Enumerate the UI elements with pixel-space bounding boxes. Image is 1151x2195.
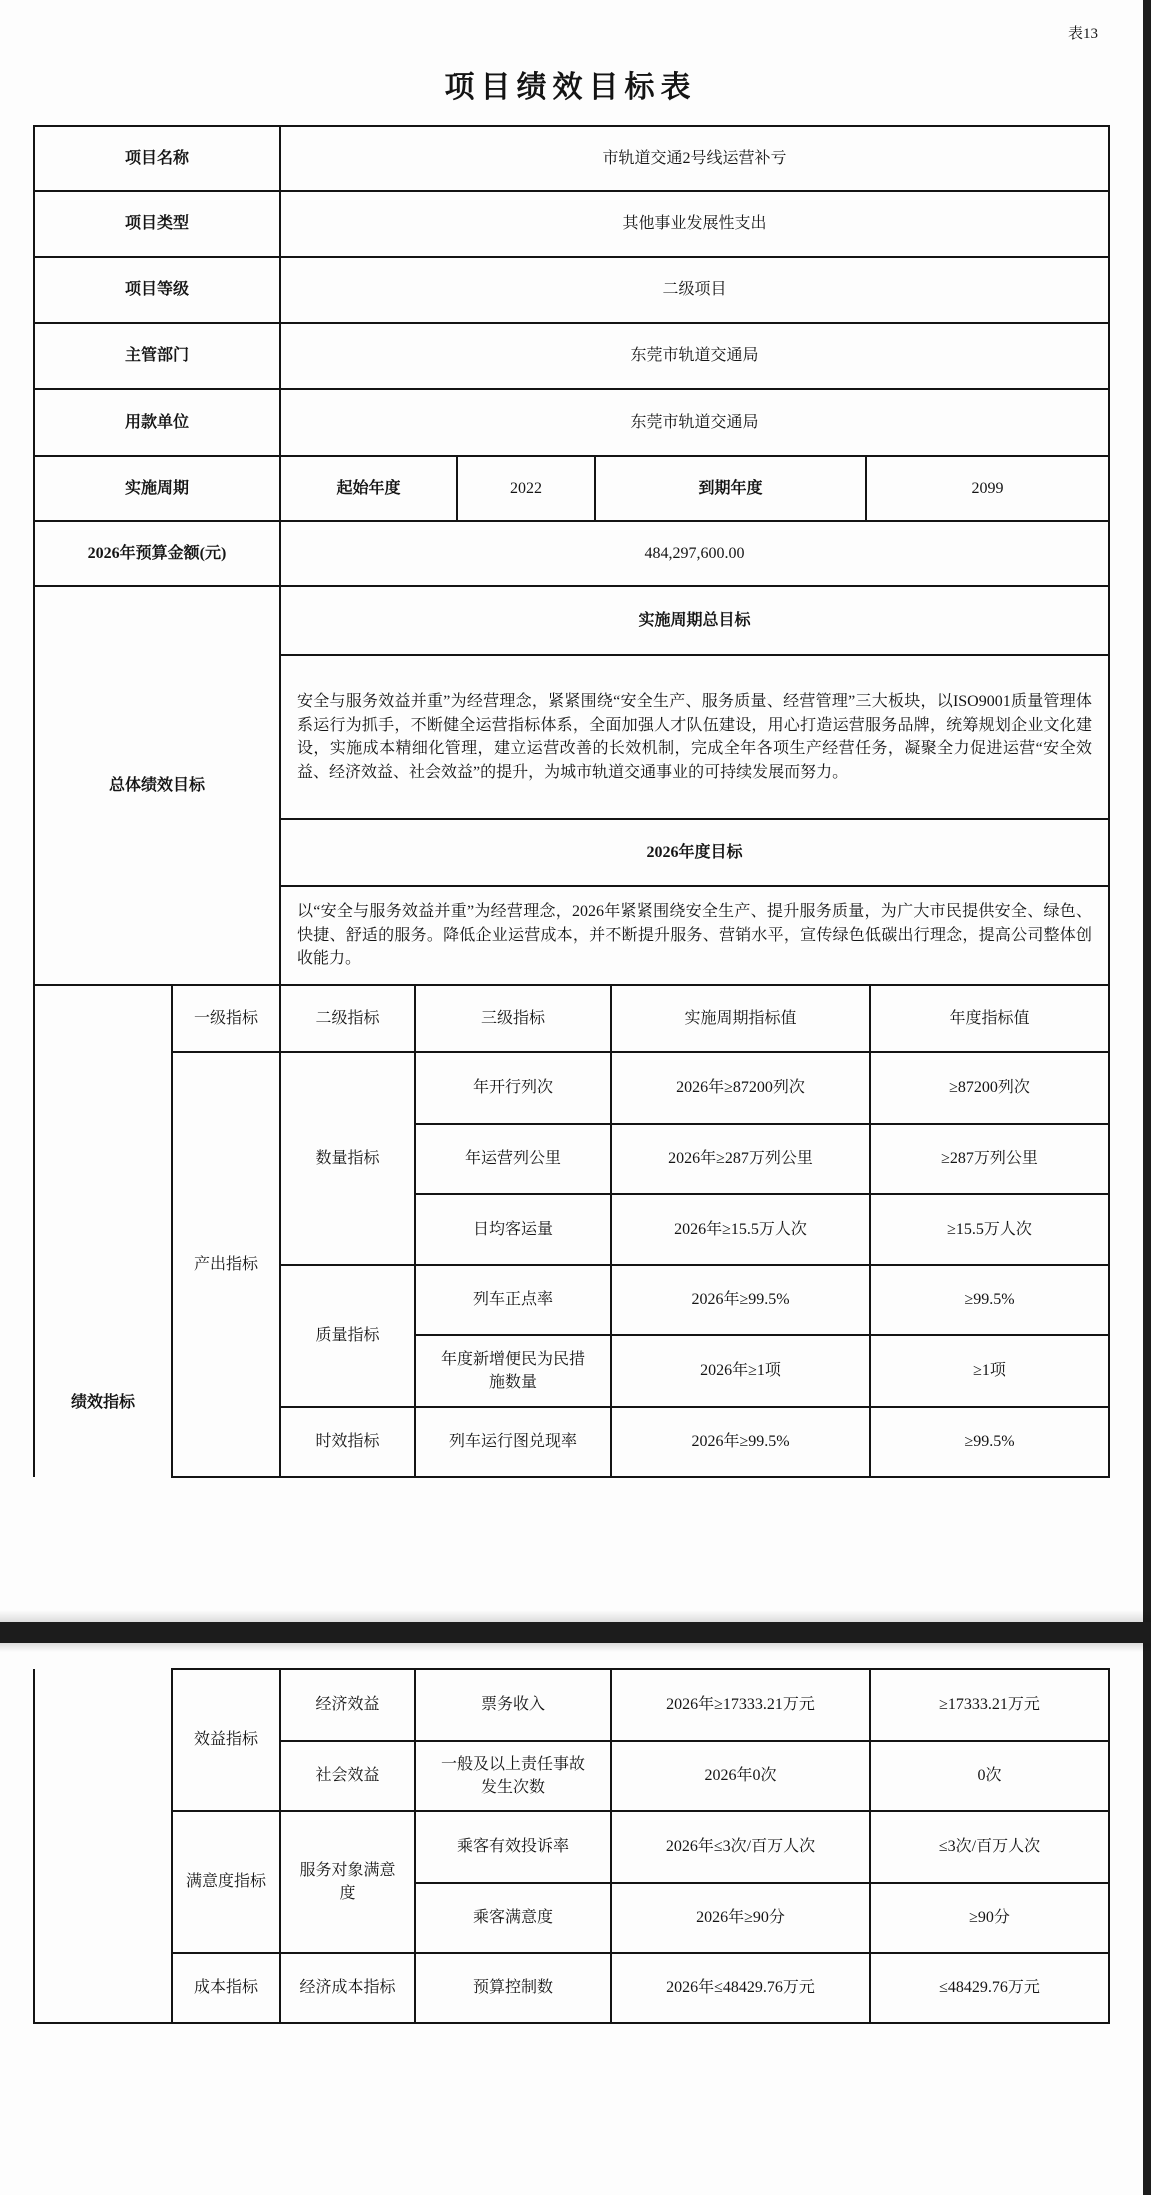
page-break-bar	[0, 1622, 1151, 1643]
funded-unit-value: 东莞市轨道交通局	[280, 389, 1109, 456]
page-break-shadow	[0, 1643, 1151, 1652]
indicator-cycle-value: 2026年≥15.5万人次	[611, 1194, 870, 1265]
budget-value: 484,297,600.00	[280, 521, 1109, 586]
indicator-annual-value: 0次	[870, 1741, 1109, 1811]
table-row: 项目名称 市轨道交通2号线运营补亏	[34, 126, 1109, 191]
indicator-name: 乘客有效投诉率	[415, 1811, 611, 1883]
level2-quantity: 数量指标	[280, 1052, 415, 1265]
indicator-cycle-value: 2026年≥287万列公里	[611, 1124, 870, 1194]
project-grade-value: 二级项目	[280, 257, 1109, 323]
performance-indicator-label-cell: 绩效指标	[34, 986, 172, 1477]
indicator-cycle-value: 2026年≥99.5%	[611, 1265, 870, 1335]
level1-cost: 成本指标	[172, 1953, 280, 2023]
indicator-name: 列车正点率	[415, 1265, 611, 1335]
performance-indicator-label: 绩效指标	[35, 1391, 171, 1414]
project-name-label: 项目名称	[34, 126, 280, 191]
indicator-annual-value: ≥1项	[870, 1335, 1109, 1407]
indicator-cycle-value: 2026年≤3次/百万人次	[611, 1811, 870, 1883]
indicator-row: 效益指标 经济效益 票务收入 2026年≥17333.21万元 ≥17333.2…	[34, 1669, 1109, 1741]
annual-goal-header: 2026年度目标	[280, 819, 1109, 886]
cycle-goal-text: 安全与服务效益并重”为经营理念，紧紧围绕“安全生产、服务质量、经营管理”三大板块…	[280, 655, 1109, 819]
header-annual-value: 年度指标值	[870, 986, 1109, 1052]
indicator-name: 一般及以上责任事故 发生次数	[415, 1741, 611, 1811]
indicator-annual-value: ≥90分	[870, 1883, 1109, 1953]
level2-economic-cost: 经济成本指标	[280, 1953, 415, 2023]
indicator-annual-value: ≤48429.76万元	[870, 1953, 1109, 2023]
indicator-name: 列车运行图兑现率	[415, 1407, 611, 1477]
indicator-annual-value: ≥287万列公里	[870, 1124, 1109, 1194]
level1-output: 产出指标	[172, 1052, 280, 1477]
level2-timeliness: 时效指标	[280, 1407, 415, 1477]
period-label: 实施周期	[34, 456, 280, 521]
project-grade-label: 项目等级	[34, 257, 280, 323]
table-row: 项目等级 二级项目	[34, 257, 1109, 323]
indicator-cycle-value: 2026年≤48429.76万元	[611, 1953, 870, 2023]
indicator-table-page1: 绩效指标 一级指标 二级指标 三级指标 实施周期指标值 年度指标值 产出指标 数…	[33, 986, 1110, 1478]
indicator-header-row: 绩效指标 一级指标 二级指标 三级指标 实施周期指标值 年度指标值	[34, 986, 1109, 1052]
document-title: 项目绩效目标表	[33, 62, 1108, 106]
authority-label: 主管部门	[34, 323, 280, 389]
table-row: 总体绩效目标 实施周期总目标	[34, 586, 1109, 655]
period-start-value: 2022	[457, 456, 595, 521]
budget-label: 2026年预算金额(元)	[34, 521, 280, 586]
indicator-row: 成本指标 经济成本指标 预算控制数 2026年≤48429.76万元 ≤4842…	[34, 1953, 1109, 2023]
level2-social-benefit: 社会效益	[280, 1741, 415, 1811]
page-break-shadow	[0, 1610, 1151, 1622]
overall-goal-label: 总体绩效目标	[34, 586, 280, 985]
project-info-table: 项目名称 市轨道交通2号线运营补亏 项目类型 其他事业发展性支出 项目等级 二级…	[33, 125, 1110, 986]
table-row: 用款单位 东莞市轨道交通局	[34, 389, 1109, 456]
funded-unit-label: 用款单位	[34, 389, 280, 456]
header-cycle-value: 实施周期指标值	[611, 986, 870, 1052]
indicator-annual-value: ≥87200列次	[870, 1052, 1109, 1124]
indicator-cycle-value: 2026年0次	[611, 1741, 870, 1811]
indicator-annual-value: ≥15.5万人次	[870, 1194, 1109, 1265]
indicator-cycle-value: 2026年≥87200列次	[611, 1052, 870, 1124]
level2-economic-benefit: 经济效益	[280, 1669, 415, 1741]
indicator-name: 票务收入	[415, 1669, 611, 1741]
indicator-annual-value: ≥99.5%	[870, 1265, 1109, 1335]
authority-value: 东莞市轨道交通局	[280, 323, 1109, 389]
indicator-annual-value: ≥17333.21万元	[870, 1669, 1109, 1741]
table-row: 2026年预算金额(元) 484,297,600.00	[34, 521, 1109, 586]
level1-benefit: 效益指标	[172, 1669, 280, 1811]
indicator-cycle-value: 2026年≥1项	[611, 1335, 870, 1407]
page-edge-strip	[1143, 0, 1151, 2195]
indicator-cycle-value: 2026年≥99.5%	[611, 1407, 870, 1477]
indicator-name: 年运营列公里	[415, 1124, 611, 1194]
level2-quality: 质量指标	[280, 1265, 415, 1407]
period-start-label: 起始年度	[280, 456, 457, 521]
table-row: 项目类型 其他事业发展性支出	[34, 191, 1109, 257]
period-end-value: 2099	[866, 456, 1109, 521]
indicator-cycle-value: 2026年≥17333.21万元	[611, 1669, 870, 1741]
header-level1: 一级指标	[172, 986, 280, 1052]
indicator-name: 年开行列次	[415, 1052, 611, 1124]
header-level2: 二级指标	[280, 986, 415, 1052]
indicator-name: 年度新增便民为民措 施数量	[415, 1335, 611, 1407]
main-table-area: 项目名称 市轨道交通2号线运营补亏 项目类型 其他事业发展性支出 项目等级 二级…	[33, 125, 1108, 1478]
indicator-table-page2: 效益指标 经济效益 票务收入 2026年≥17333.21万元 ≥17333.2…	[33, 1668, 1110, 2024]
indicator-cycle-value: 2026年≥90分	[611, 1883, 870, 1953]
level2-service-target-satisfaction: 服务对象满意 度	[280, 1811, 415, 1953]
table-row: 主管部门 东莞市轨道交通局	[34, 323, 1109, 389]
page-tag: 表13	[1030, 22, 1098, 43]
project-name-value: 市轨道交通2号线运营补亏	[280, 126, 1109, 191]
indicator-name: 日均客运量	[415, 1194, 611, 1265]
header-level3: 三级指标	[415, 986, 611, 1052]
indicator-annual-value: ≥99.5%	[870, 1407, 1109, 1477]
level1-satisfaction: 满意度指标	[172, 1811, 280, 1953]
indicator-annual-value: ≤3次/百万人次	[870, 1811, 1109, 1883]
project-type-value: 其他事业发展性支出	[280, 191, 1109, 257]
performance-indicator-continuation-cell	[34, 1669, 172, 2023]
indicator-row: 满意度指标 服务对象满意 度 乘客有效投诉率 2026年≤3次/百万人次 ≤3次…	[34, 1811, 1109, 1883]
indicator-name: 预算控制数	[415, 1953, 611, 2023]
period-end-label: 到期年度	[595, 456, 866, 521]
indicator-name: 乘客满意度	[415, 1883, 611, 1953]
cycle-goal-header: 实施周期总目标	[280, 586, 1109, 655]
indicator-row: 产出指标 数量指标 年开行列次 2026年≥87200列次 ≥87200列次	[34, 1052, 1109, 1124]
table-row: 实施周期 起始年度 2022 到期年度 2099	[34, 456, 1109, 521]
project-type-label: 项目类型	[34, 191, 280, 257]
annual-goal-text: 以“安全与服务效益并重”为经营理念，2026年紧紧围绕安全生产、提升服务质量，为…	[280, 886, 1109, 985]
